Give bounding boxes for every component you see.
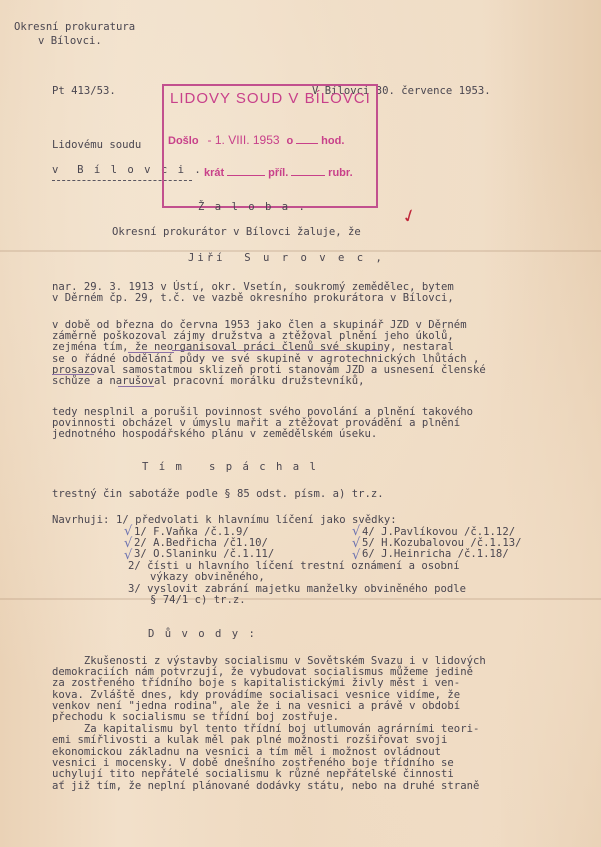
- reasons-line: ekonomickou základnu na vesnici a tím mě…: [52, 747, 441, 758]
- reasons-line: Zkušenosti z výstavby socialismu v Sovět…: [52, 656, 486, 667]
- reasons-line: demokraciích nám potvrzují, že vybudovat…: [52, 667, 473, 678]
- proposal-item: § 74/1 c) tr.z.: [150, 595, 246, 606]
- stamp-rubric-label: rubr.: [328, 167, 352, 179]
- consequence-line: jednotného hospodářského plánu v zeměděl…: [52, 429, 377, 440]
- proposal-item: výkazy obviněného,: [150, 572, 265, 583]
- proposal-item: 3/ vyslovit zabrání majetku manželky obv…: [128, 584, 466, 595]
- reasons-line: za zostřeného třídního boje s kapitalist…: [52, 678, 460, 689]
- addressee-line1: Lidovému soudu: [52, 140, 141, 151]
- stamp-o-label: o: [287, 135, 294, 147]
- defendant-detail: v Děrném čp. 29, t.č. ve vazbě okresního…: [52, 293, 454, 304]
- red-pen-mark: ✓: [399, 204, 420, 229]
- document-page: Okresní prokuratura v Bílovci. Pt 413/53…: [0, 0, 601, 847]
- office-town: v Bílovci.: [38, 36, 102, 47]
- proposals-label: Navrhuji:: [52, 515, 109, 526]
- witness-item: 4/ J.Pavlíkovou /č.1.12/: [362, 527, 515, 538]
- witness-item: 5/ H.Kozubalovou /č.1.13/: [362, 538, 521, 549]
- proposal-item: 2/ čísti u hlavního líčení trestní oznám…: [128, 561, 460, 572]
- pen-underline: [118, 386, 154, 387]
- charge-line: prosazoval samostatmou sklizeň proti sta…: [52, 365, 486, 376]
- charge-line: schůze a narušoval pracovní morálku druž…: [52, 376, 365, 387]
- consequence-line: tedy nesplnil a porušil povinnost svého …: [52, 407, 473, 418]
- document-title: Ž a l o b a .: [198, 202, 307, 213]
- stamp-attachments-label: příl.: [268, 167, 288, 179]
- witness-item: 3/ O.Slaninku /č.1.11/: [134, 549, 274, 560]
- office-name: Okresní prokuratura: [14, 22, 135, 33]
- stamp-times-label: krát: [204, 167, 224, 179]
- reasons-line: přechodu k socialismu se třídní boj zost…: [52, 712, 339, 723]
- paper-fold: [0, 598, 601, 600]
- stamp-received-label: Došlo: [168, 135, 199, 147]
- witness-item: 6/ J.Heinricha /č.1.18/: [362, 549, 509, 560]
- reasons-line: vesnici i mocensky. V době dnešního zost…: [52, 758, 454, 769]
- reasons-line: kova. Zvláště dnes, kdy provádíme social…: [52, 690, 460, 701]
- charge-line: v době od března do června 1953 jako čle…: [52, 320, 467, 331]
- court-received-stamp: LIDOVY SOUD V BÍLOVCI Došlo - 1. VIII. 1…: [162, 84, 378, 208]
- pen-underline: [172, 350, 382, 351]
- reasons-heading: D ů v o d y :: [148, 629, 257, 640]
- witness-item: 1/ F.Vaňka /č.1.9/: [134, 527, 249, 538]
- reasons-line: venkov není "jedna rodina", ale že i na …: [52, 701, 460, 712]
- reasons-line: emi smířlivosti a kulak měl pak plné mož…: [52, 735, 447, 746]
- committed-heading: T í m s p á c h a l: [142, 462, 318, 473]
- charge-line: se o řádné obdělání půdy ve své skupině …: [52, 354, 479, 365]
- reasons-line: Za kapitalismu byl tento třídní boj utlu…: [52, 724, 479, 735]
- stamp-received-date: - 1. VIII. 1953: [208, 133, 280, 147]
- defendant-name: Jiří S u r o v e c ,: [188, 253, 385, 264]
- defendant-detail: nar. 29. 3. 1913 v Ústí, okr. Vsetín, so…: [52, 282, 454, 293]
- offense-line: trestný čin sabotáže podle § 85 odst. pí…: [52, 489, 384, 500]
- pen-underline: [52, 374, 94, 375]
- consequence-line: povinnosti obcházel v úmyslu mařit a ztě…: [52, 418, 460, 429]
- stamp-hour-label: hod.: [321, 135, 344, 147]
- charge-line: zejména tím, že neorganisoval práci člen…: [52, 342, 454, 353]
- reference-number: Pt 413/53.: [52, 86, 116, 97]
- stamp-title: LIDOVY SOUD V BÍLOVCI: [170, 90, 371, 107]
- witness-item: 2/ A.Bedřicha /č1.10/: [134, 538, 268, 549]
- intro-sentence: Okresní prokurátor v Bílovci žaluje, že: [112, 227, 361, 238]
- charge-line: záměrně poškozoval zájmy družstva a ztěž…: [52, 331, 454, 342]
- reasons-line: ať již tím, že neplní plánované dodávky …: [52, 781, 479, 792]
- pen-underline: [128, 352, 174, 353]
- reasons-line: uchylují tito nepřátelé socialismu k růz…: [52, 769, 454, 780]
